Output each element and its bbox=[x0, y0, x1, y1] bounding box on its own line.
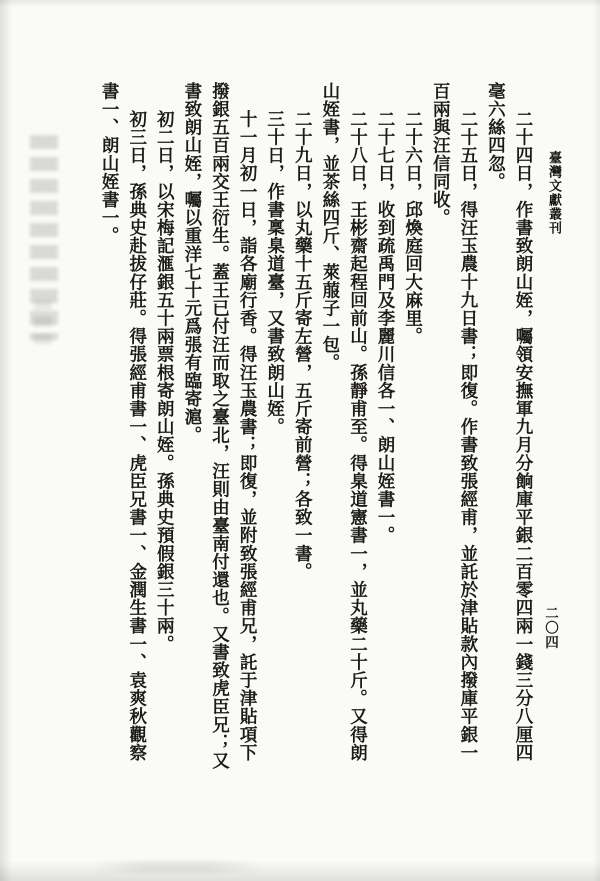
text-column: 二十七日，收到疏禹門及李麗川信各一、朗山姪書一。 bbox=[371, 82, 399, 788]
scan-edge-shadow-bottom bbox=[0, 861, 600, 881]
text-column: 毫六絲四忽。 bbox=[482, 82, 510, 788]
scanner-streak bbox=[92, 861, 262, 873]
text-column: 初二日，以宋梅記滙銀五十兩票根寄朗山姪。孫典史預假銀三十兩。 bbox=[151, 82, 179, 788]
text-column: 二十八日，王彬齋起程回前山。孫靜甫至。得臬道憲書一，並丸藥二十斤。又得朗 bbox=[344, 82, 372, 788]
text-column: 撥銀五百兩交王衍生。蓋王已付汪而取之臺北，汪則由臺南付還也。又書致虎臣兄；又 bbox=[206, 82, 234, 788]
scanned-book-page: 臺灣文獻叢刊 二〇四 二十四日，作書致朗山姪，囑領安撫軍九月分餉庫平銀二百零四兩… bbox=[0, 0, 600, 881]
text-column: 書致朗山姪，囑以重洋七十元爲張有臨寄滬。 bbox=[178, 82, 206, 788]
text-column: 二十六日，邱煥庭回大麻里。 bbox=[399, 82, 427, 788]
text-column: 初三日，孫典史赴拔仔莊。得張經甫書一、虎臣兄書一、金潤生書一、袁爽秋觀察 bbox=[123, 82, 151, 788]
text-column: 書一、朗山姪書一。 bbox=[96, 82, 124, 788]
bleed-through-smudge bbox=[30, 135, 58, 340]
text-column: 百兩與汪信同收。 bbox=[427, 82, 455, 788]
text-column: 山姪書，並茶絲四斤、萊菔子一包。 bbox=[316, 82, 344, 788]
text-column: 二十四日，作書致朗山姪，囑領安撫軍九月分餉庫平銀二百零四兩一錢三分八厘四 bbox=[509, 82, 537, 788]
text-column: 二十五日，得汪玉農十九日書；即復。作書致張經甫，並託於津貼款內撥庫平銀一 bbox=[454, 82, 482, 788]
text-column: 十一月初一日，詣各廟行香。得汪玉農書；即復，並附致張經甫兄，託于津貼項下 bbox=[233, 82, 261, 788]
page-number: 二〇四 bbox=[540, 606, 560, 650]
diary-text-block: 二十四日，作書致朗山姪，囑領安撫軍九月分餉庫平銀二百零四兩一錢三分八厘四毫六絲四… bbox=[92, 82, 537, 788]
scan-edge-shadow-top bbox=[0, 0, 600, 7]
scan-edge-shadow-left bbox=[0, 0, 12, 881]
series-masthead-title: 臺灣文獻叢刊 bbox=[545, 151, 564, 235]
bleed-through-smudge bbox=[34, 300, 52, 346]
scan-edge-shadow-right bbox=[593, 0, 600, 881]
text-column: 三十日，作書稟臬道臺，又書致朗山姪。 bbox=[261, 82, 289, 788]
text-column: 二十九日，以丸藥十五斤寄左營，五斤寄前營；各致一書。 bbox=[289, 82, 317, 788]
